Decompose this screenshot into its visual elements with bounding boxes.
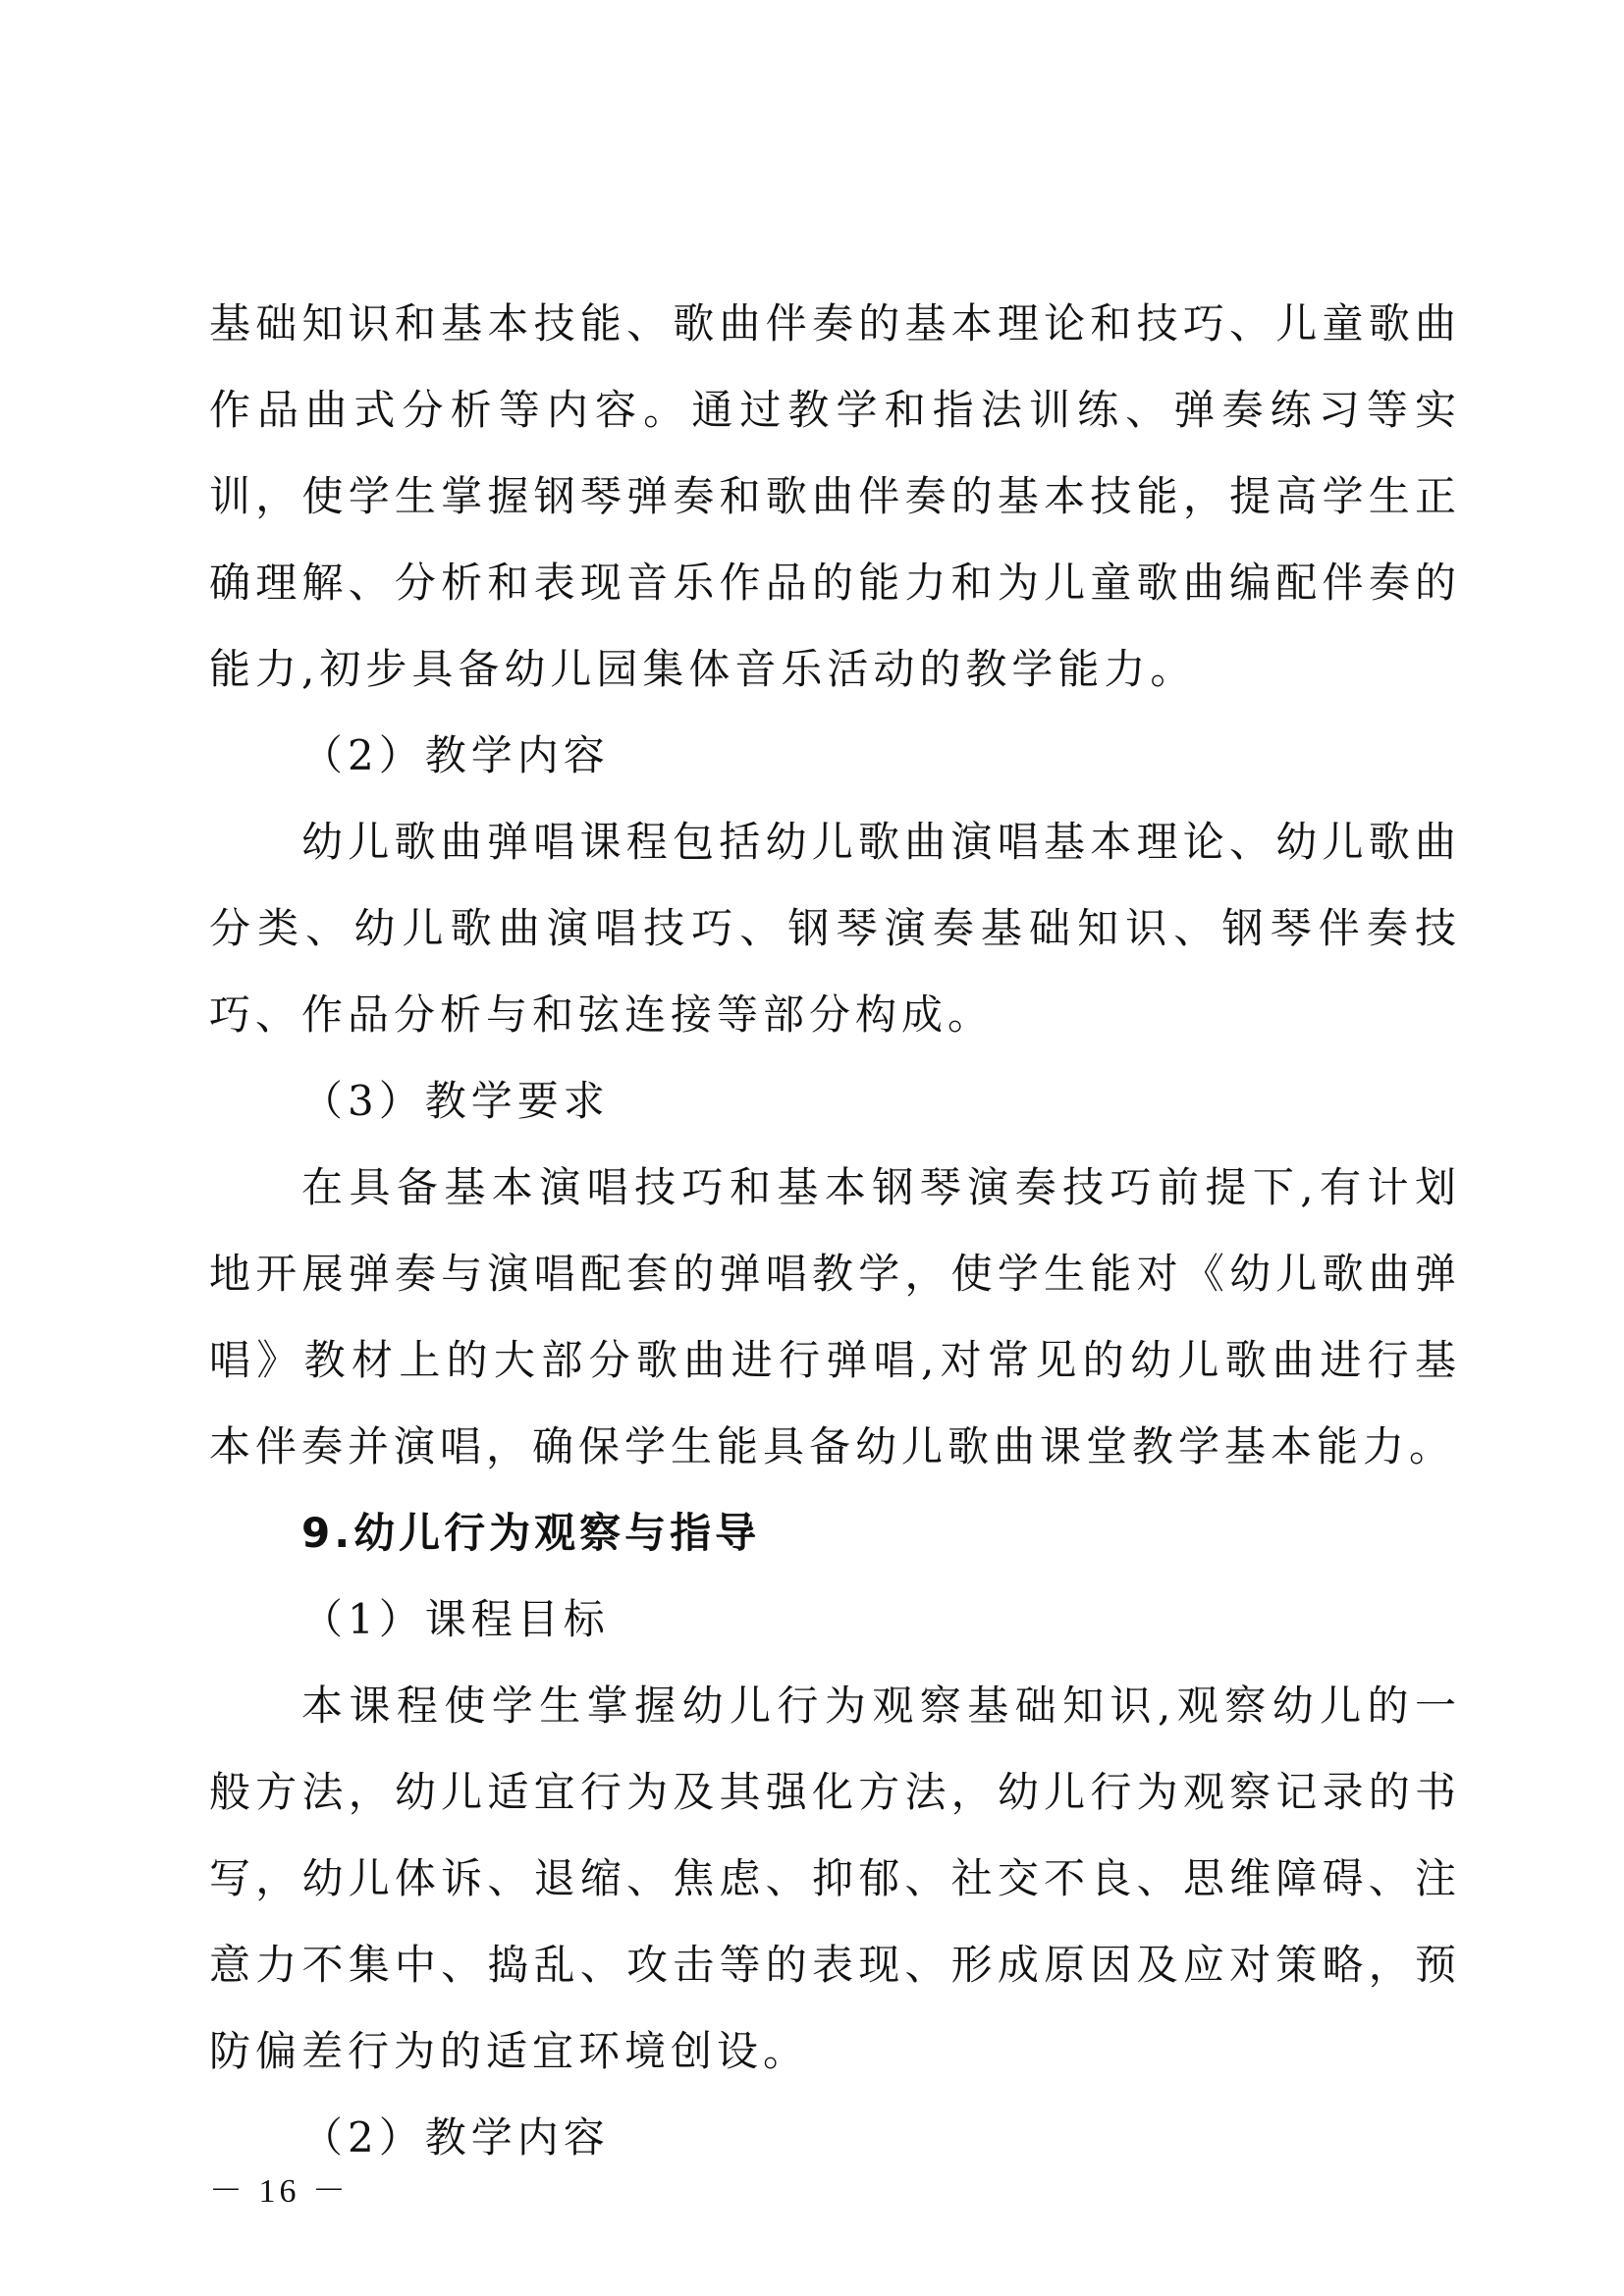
document-page: 基础知识和基本技能、歌曲伴奏的基本理论和技巧、儿童歌曲作品曲式分析等内容。通过教… (0, 0, 1624, 2296)
subheading-teaching-requirements: （3）教学要求 (209, 1058, 1461, 1145)
body-paragraph: 幼儿歌曲弹唱课程包括幼儿歌曲演唱基本理论、幼儿歌曲分类、幼儿歌曲演唱技巧、钢琴演… (209, 799, 1461, 1058)
body-paragraph: 本课程使学生掌握幼儿行为观察基础知识,观察幼儿的一般方法，幼儿适宜行为及其强化方… (209, 1663, 1461, 2095)
section-heading: 9.幼儿行为观察与指导 (209, 1490, 1461, 1576)
document-body: 基础知识和基本技能、歌曲伴奏的基本理论和技巧、儿童歌曲作品曲式分析等内容。通过教… (209, 281, 1461, 2181)
subheading-teaching-content: （2）教学内容 (209, 2095, 1461, 2181)
body-paragraph: 在具备基本演唱技巧和基本钢琴演奏技巧前提下,有计划地开展弹奏与演唱配套的弹唱教学… (209, 1145, 1461, 1490)
subheading-teaching-content: （2）教学内容 (209, 713, 1461, 799)
page-number: － 16 － (209, 2163, 350, 2212)
body-paragraph-continued: 基础知识和基本技能、歌曲伴奏的基本理论和技巧、儿童歌曲作品曲式分析等内容。通过教… (209, 281, 1461, 713)
subheading-course-objectives: （1）课程目标 (209, 1576, 1461, 1663)
